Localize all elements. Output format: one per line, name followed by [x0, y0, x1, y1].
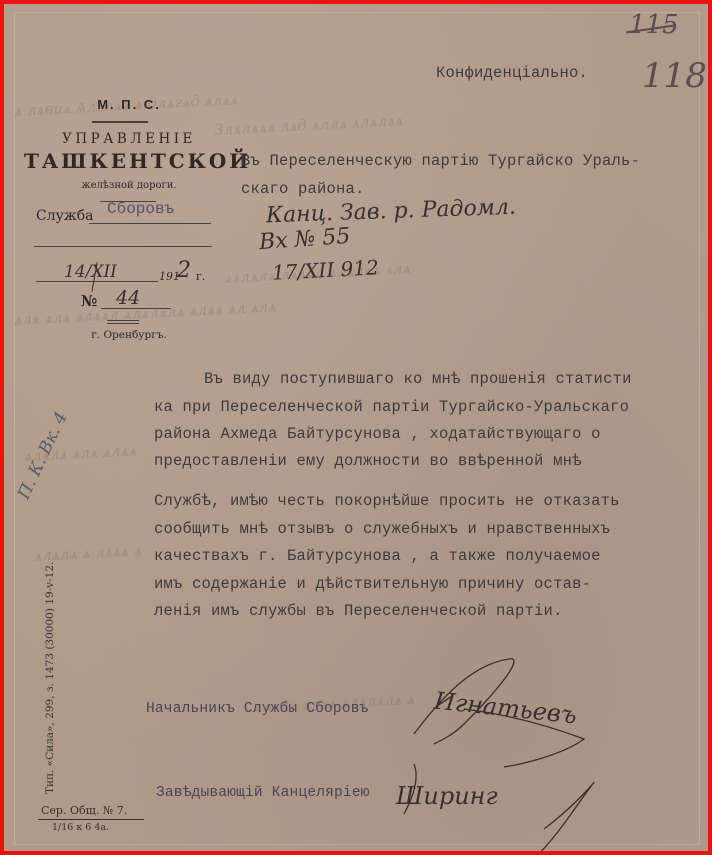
signature-2-flourish — [384, 759, 624, 851]
printer-imprint: Тип. «Сила», 299, з. 1473 (30000) 19-v-1… — [44, 562, 56, 794]
bleed-through-text: Злѧлѧѧѧ лѧд ѧллѧ ѧлѧлѧѧ — [214, 111, 404, 140]
letterhead-rule — [107, 323, 139, 324]
letterhead-rule — [92, 121, 148, 123]
body-line: ленія имъ службы въ Переселенческой парт… — [154, 602, 563, 620]
letterhead-directorate: УПРАВЛЕНІЕ — [24, 131, 234, 147]
body-line: Въ виду поступившаго ко мнѣ прошенія ста… — [204, 370, 632, 388]
form-code-line-1: Сер. Общ. № 7. — [41, 804, 127, 817]
date-handwritten: 14/XII — [64, 262, 117, 282]
body-line: района Ахмеда Байтурсунова , ходатайству… — [154, 425, 601, 443]
body-line: Службѣ, имѣю честь покорнѣйше просить не… — [154, 492, 620, 510]
addressee-line-1: Въ Переселенческую партію Тургайско Урал… — [241, 152, 640, 170]
form-code-rule — [38, 819, 144, 820]
service-value: Сборовъ — [107, 200, 174, 218]
number-field-line — [101, 308, 171, 309]
number-value: 44 — [116, 287, 140, 309]
signatory-title-1: Начальникъ Службы Сборовъ — [146, 701, 369, 717]
document-page: ѧ лѧвиѧ Ѧлѧлѧѧ ѧ длѧгѧд ѧлѧѧ Злѧлѧѧѧ лѧд… — [4, 4, 708, 851]
body-line: имъ содержаніе и дѣйствительную причину … — [154, 575, 591, 593]
letterhead-railway-name: ТАШКЕНТСКОЙ — [24, 149, 234, 173]
year-suffix: г. — [196, 270, 205, 283]
letterhead-railway-label: желѣзной дороги. — [24, 180, 234, 191]
blank-field-line — [34, 246, 212, 247]
year-handwritten: 2 — [177, 258, 191, 283]
archive-number: 118 — [642, 56, 707, 96]
letterhead-city: г. Оренбургъ. — [24, 329, 234, 341]
form-code-line-2: 1/16 к 6 4а. — [52, 822, 109, 833]
body-line: сообщить мнѣ отзывъ о служебныхъ и нравс… — [154, 520, 610, 538]
signatory-title-2: Завѣдывающій Канцеляріею — [156, 785, 370, 801]
letterhead-rule — [107, 320, 139, 321]
body-line: предоставленіи ему должности во ввѣренно… — [154, 452, 582, 470]
bleed-through-text: ѧлѧ ѧлѧ ѧлѧѧл ѧлѧлѧлѧ ѧлѧѧ ѧл ѧлѧ — [14, 297, 277, 330]
service-field-line — [89, 223, 211, 224]
signature-1-flourish — [404, 644, 604, 774]
body-line: качествахъ г. Байтурсунова , а также пол… — [154, 547, 601, 565]
registration-annotation-line-1: Канц. Зав. р. Радомл. — [266, 195, 517, 229]
body-line: ка при Переселенческой партіи Тургайско-… — [154, 398, 629, 416]
confidential-label: Конфиденціально. — [436, 64, 588, 82]
number-label: № — [81, 292, 97, 310]
addressee-line-2: скаго района. — [241, 180, 365, 198]
registration-annotation-line-2: Вх № 55 — [258, 224, 351, 255]
service-label: Служба — [36, 208, 94, 224]
letterhead-ministry: М. П. С. — [24, 97, 234, 112]
date-field-line — [36, 281, 158, 282]
